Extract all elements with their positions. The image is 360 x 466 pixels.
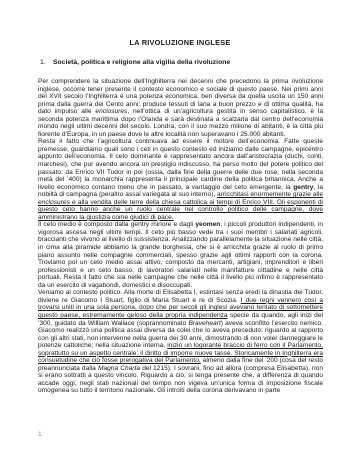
text-run: Il ceto medio è composto dalla gentry mi… — [38, 221, 195, 228]
text-run: arricchitasi enormemente grazie alle — [217, 191, 323, 198]
body-text: Per comprendere la situazione dell’Inghi… — [38, 78, 323, 395]
paragraph: Resta il fatto che l’agricoltura continu… — [38, 138, 323, 221]
paragraph: Veniamo al contesto politico. Alla morte… — [38, 289, 323, 395]
section-number: 1. — [40, 59, 53, 66]
section-heading: 1. Società, politica e religione alla vi… — [40, 59, 323, 66]
text-run: Magna Charta — [98, 365, 140, 372]
document-title: LA RIVOLUZIONE INGLESE — [0, 0, 360, 47]
paragraph: Per comprendere la situazione dell’Inghi… — [38, 78, 323, 138]
text-run: yeomen — [195, 221, 220, 228]
section-heading-text: Società, politica e religione alla vigil… — [53, 59, 230, 66]
document-page: LA RIVOLUZIONE INGLESE 1. Società, polit… — [0, 0, 360, 466]
text-run: e alla vendita delle terre della chiesa … — [38, 199, 323, 221]
text-run: Resta il fatto che l’agricoltura continu… — [38, 138, 323, 190]
text-run: gentry — [293, 184, 313, 191]
text-run: , i piccoli produttori indipendenti, in … — [38, 221, 323, 288]
text-run: enclosures — [95, 108, 127, 115]
page-number: 1 — [38, 431, 42, 438]
paragraph: Il ceto medio è composto dalla gentry mi… — [38, 221, 323, 289]
text-run: enclosures — [38, 199, 70, 206]
text-run: Braveheart — [188, 320, 220, 327]
